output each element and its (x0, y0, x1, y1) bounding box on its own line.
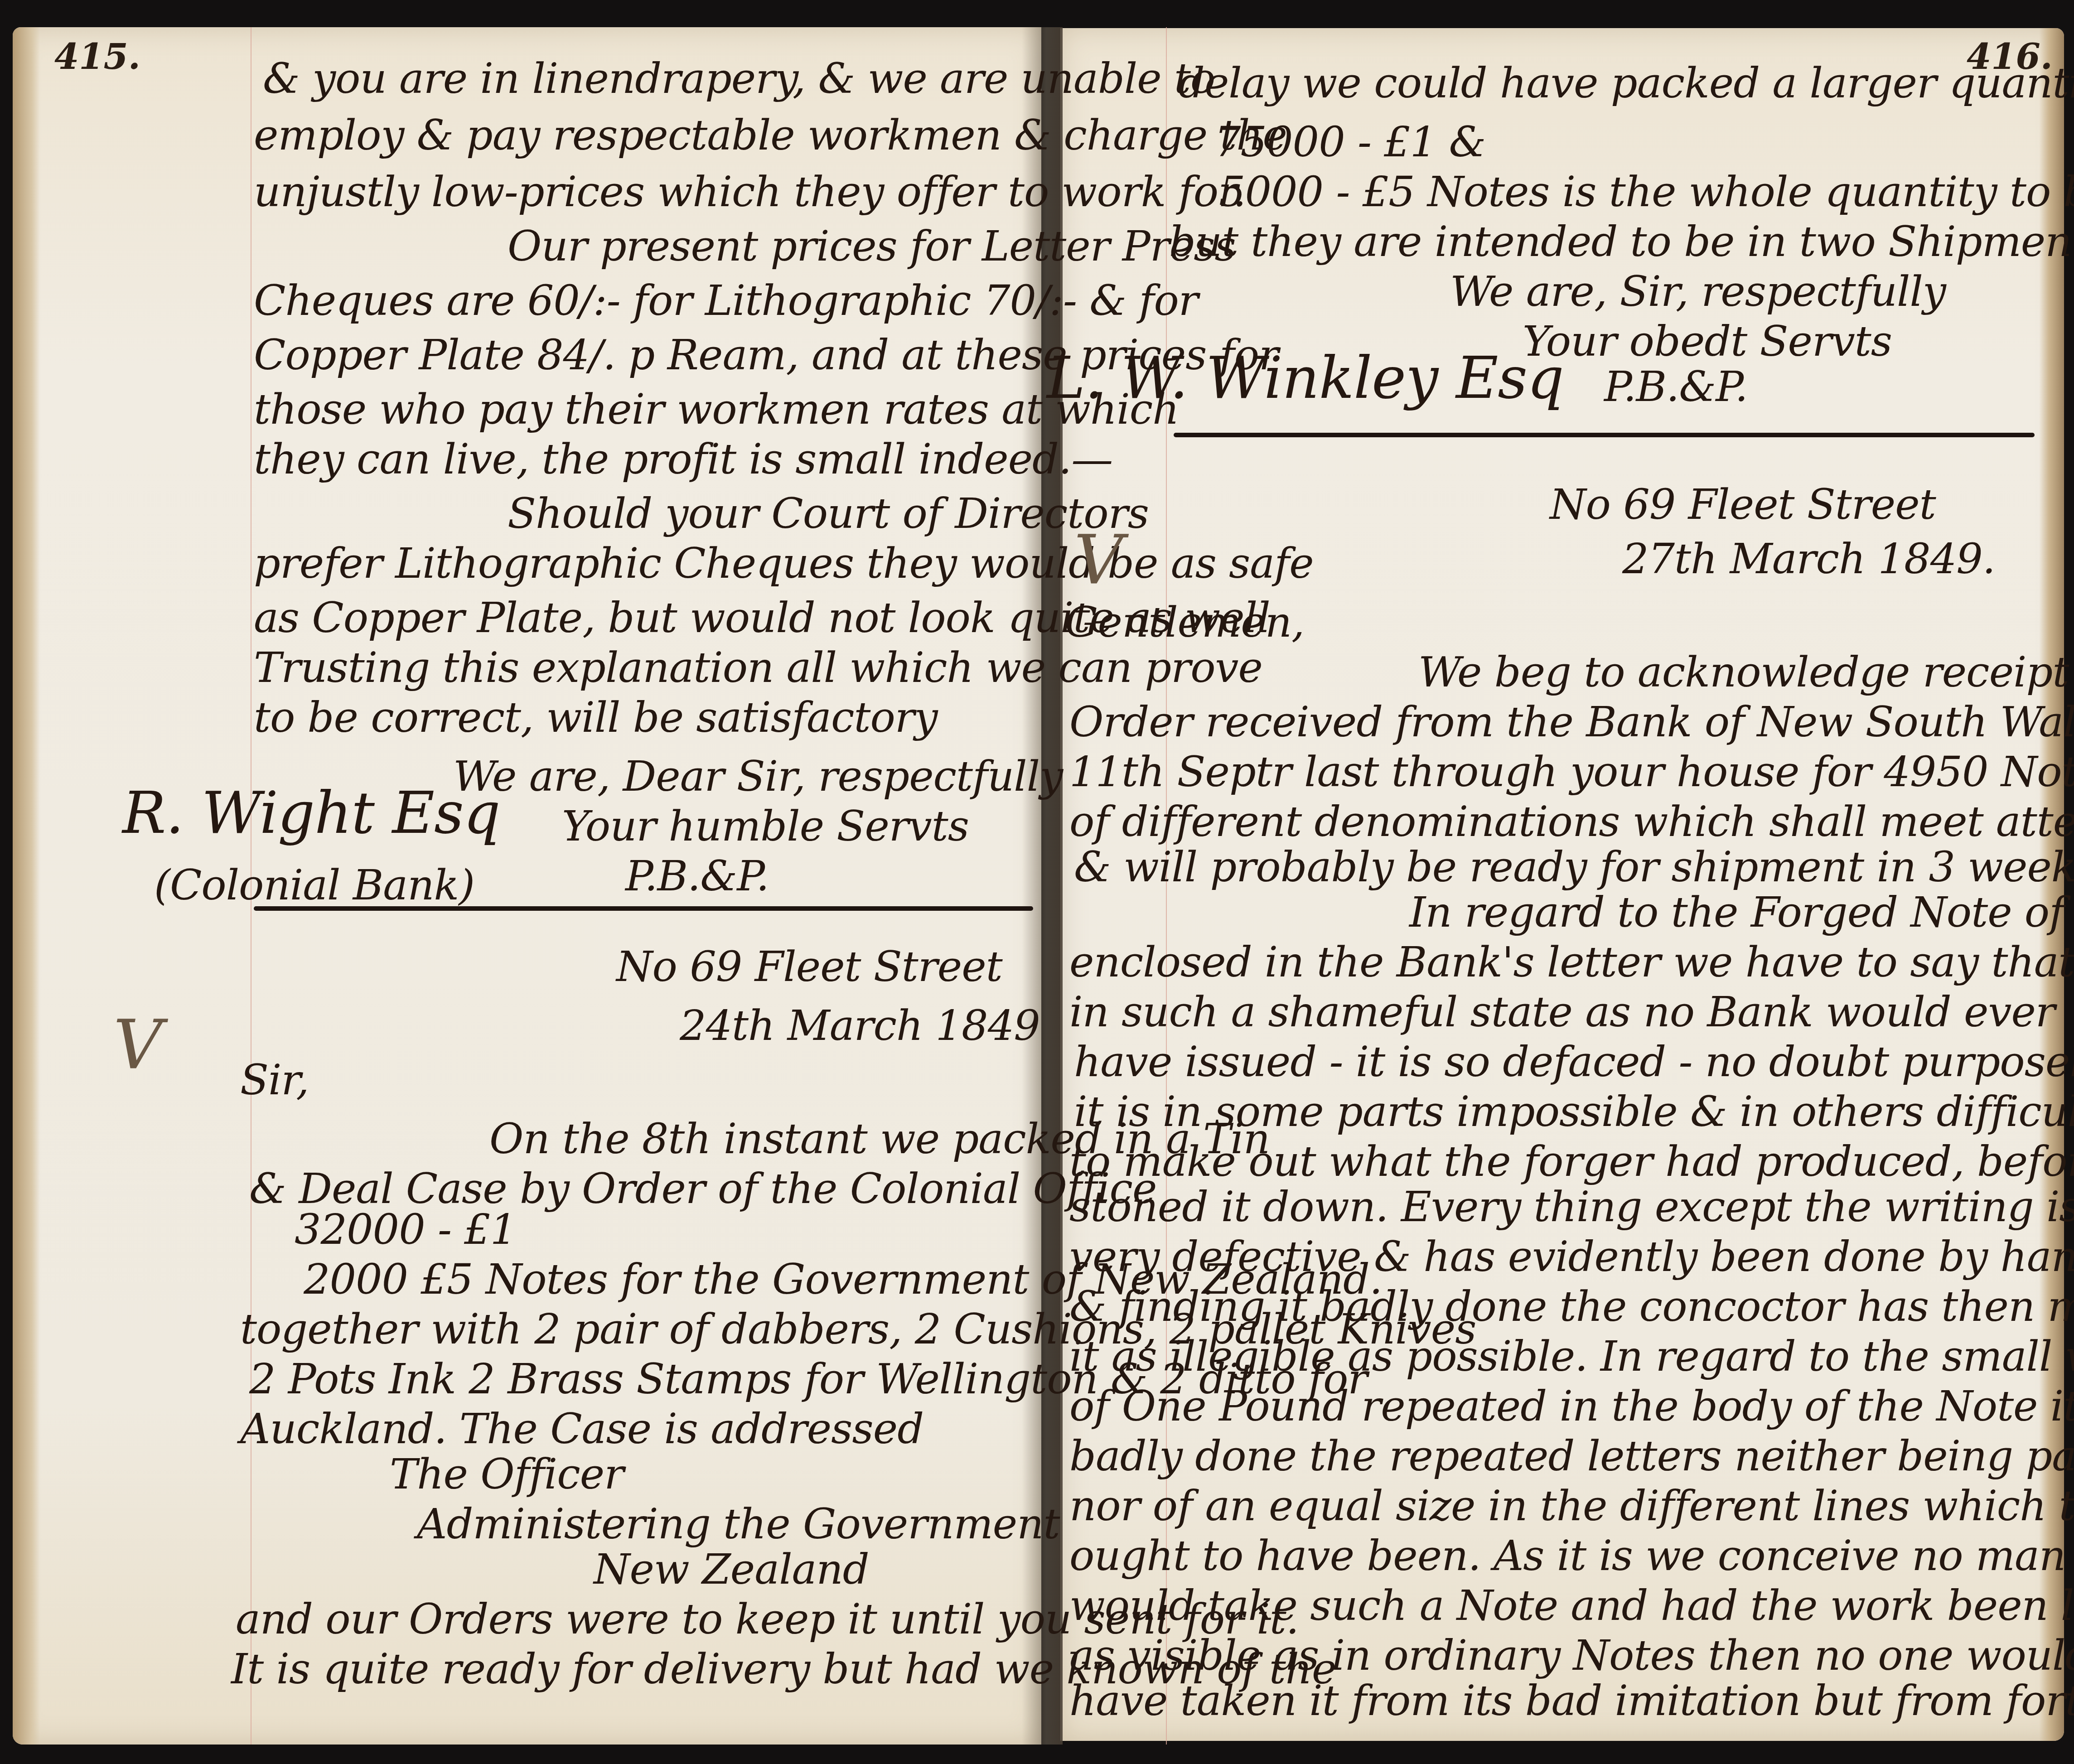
text-line: those who pay their workmen rates at whi… (254, 385, 1179, 434)
text-line: & you are in linendrapery, & we are unab… (263, 54, 1215, 103)
letter-date: 27th March 1849. (1622, 535, 1995, 583)
text-line: delay we could have packed a larger quan… (1178, 59, 2074, 107)
addressee-name: R. Wight Esq (122, 779, 500, 847)
text-line: Order received from the Bank of New Sout… (1069, 698, 2074, 746)
text-line: of One Pound repeated in the body of the… (1069, 1382, 2074, 1431)
text-line: it is in some parts impossible & in othe… (1074, 1087, 2074, 1136)
text-line: We beg to acknowledge receipt of an (1418, 648, 2074, 696)
text-line: prefer Lithographic Cheques they would b… (254, 539, 1314, 588)
check-mark-icon: V (1074, 521, 1123, 600)
addressee-org: (Colonial Bank) (154, 861, 474, 909)
text-line: have taken it from its bad imitation but… (1069, 1677, 2074, 1725)
text-line: they can live, the profit is small indee… (254, 435, 1112, 483)
text-line: to make out what the forger had produced… (1069, 1137, 2074, 1186)
text-line: & finding it badly done the concoctor ha… (1069, 1282, 2074, 1331)
closing: We are, Sir, respectfully (1450, 267, 1946, 316)
text-line: Our present prices for Letter Press (508, 222, 1236, 271)
signature-initials: P.B.&P. (1604, 362, 1748, 411)
address-line: Administering the Government (417, 1500, 1059, 1548)
text-line: 11th Septr last through your house for 4… (1069, 748, 2074, 796)
page-number-left: 415. (54, 36, 140, 77)
text-line: Trusting this explanation all which we c… (254, 643, 1262, 692)
salutation: Sir, (240, 1056, 309, 1104)
quantity-line: 32000 - £1 (295, 1205, 516, 1254)
sender-address: No 69 Fleet Street (616, 942, 1002, 991)
letter-date: 24th March 1849 (680, 1001, 1040, 1050)
letter-divider (254, 906, 1033, 911)
text-line: Should your Court of Directors (508, 489, 1149, 538)
quantity-line: 75000 - £1 & (1214, 118, 1485, 166)
left-page-edge (13, 27, 40, 1745)
text-line: would take such a Note and had the work … (1069, 1581, 2074, 1630)
address-line: New Zealand (594, 1545, 869, 1594)
text-line: Cheques are 60/:- for Lithographic 70/:-… (254, 276, 1198, 325)
text-line: employ & pay respectable workmen & charg… (254, 111, 1287, 159)
addressee-name: L. W. Winkley Esq (1047, 344, 1564, 412)
text-line: & will probably be ready for shipment in… (1074, 843, 2074, 891)
letter-divider (1174, 433, 2035, 437)
text-line: it as illegible as possible. In regard t… (1069, 1332, 2074, 1381)
salutation: Gentlemen, (1065, 598, 1304, 647)
text-line: enclosed in the Bank's letter we have to… (1069, 938, 2074, 986)
text-line: have issued - it is so defaced - no doub… (1074, 1038, 2074, 1086)
text-line: of different denominations which shall m… (1069, 797, 2074, 846)
signature-initials: P.B.&P. (625, 852, 769, 900)
text-line: unjustly low-prices which they offer to … (254, 168, 1246, 216)
text-line: but they are intended to be in two Shipm… (1169, 217, 2074, 266)
signature-servts: Your obedt Servts (1523, 317, 1892, 366)
ledger-spread: 415. & you are in linendrapery, & we are… (0, 0, 2074, 1764)
address-line: The Officer (390, 1450, 624, 1498)
text-line: nor of an equal size in the different li… (1069, 1482, 2074, 1530)
check-mark-icon: V (113, 1006, 162, 1085)
sender-address: No 69 Fleet Street (1550, 480, 1936, 529)
text-line: very defective & has evidently been done… (1069, 1232, 2074, 1281)
text-line: badly done the repeated letters neither … (1069, 1432, 2074, 1480)
text-line: In regard to the Forged Note of One Poun… (1409, 888, 2074, 937)
closing: We are, Dear Sir, respectfully (453, 752, 1063, 801)
signature-servts: Your humble Servts (562, 802, 969, 851)
text-line: 5000 - £5 Notes is the whole quantity to… (1219, 168, 2074, 216)
text-line: Auckland. The Case is addressed (240, 1405, 923, 1453)
text-line: ought to have been. As it is we conceive… (1069, 1532, 2065, 1580)
text-line: in such a shameful state as no Bank woul… (1069, 988, 2055, 1036)
text-line: stoned it down. Every thing except the w… (1069, 1183, 2074, 1231)
text-line: to be correct, will be satisfactory (254, 693, 938, 742)
text-line: as visible as in ordinary Notes then no … (1069, 1631, 2074, 1680)
